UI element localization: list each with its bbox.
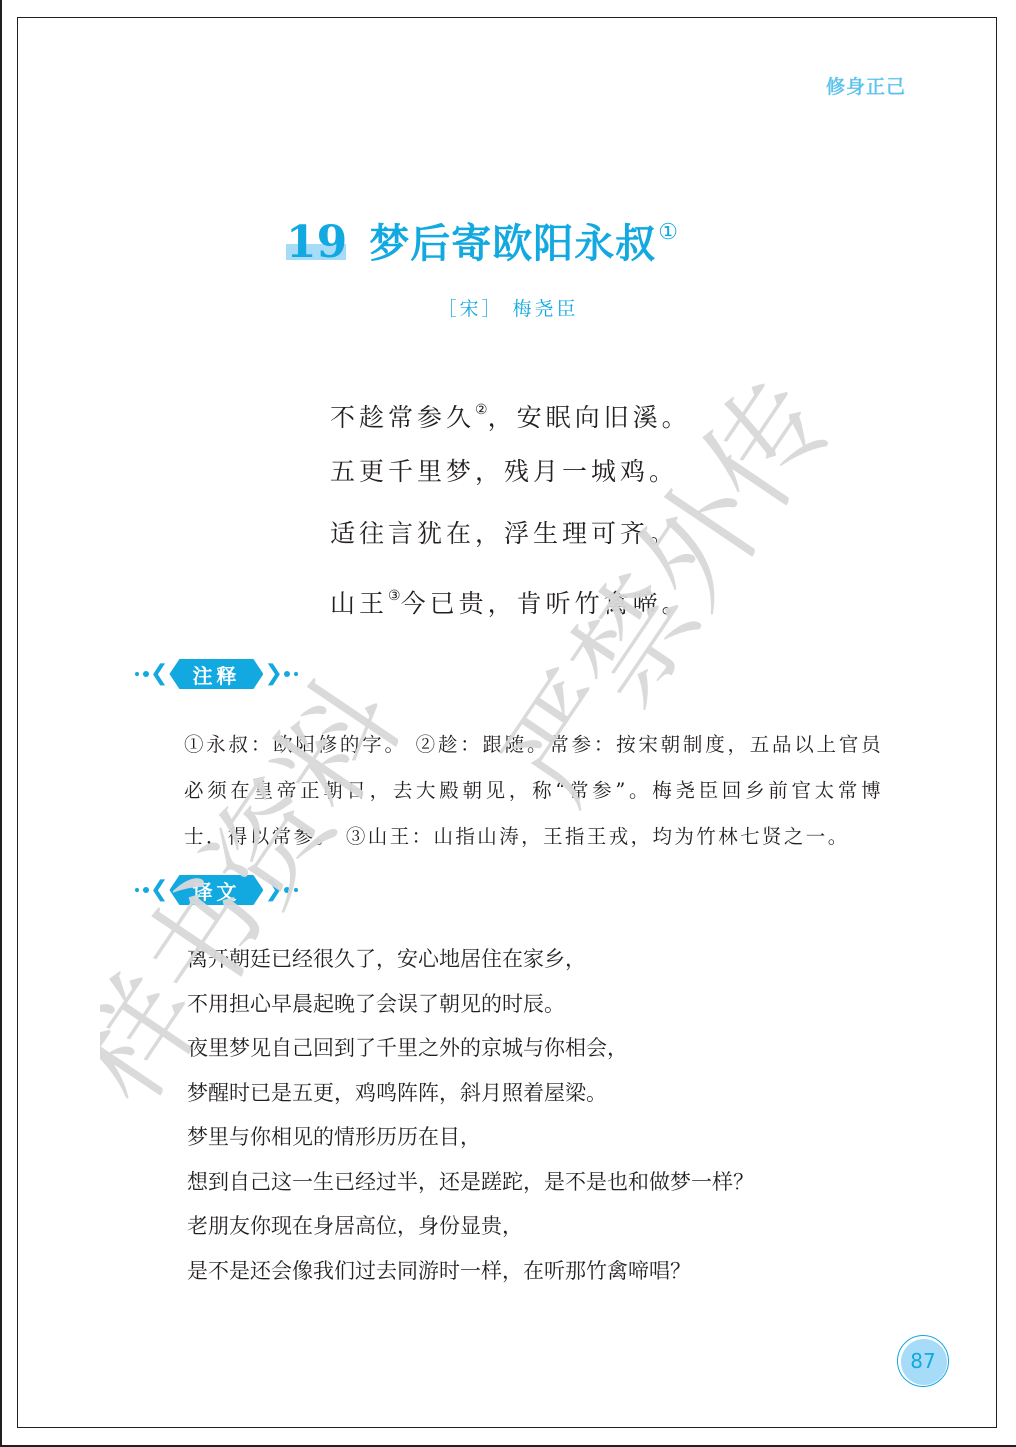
author-line: ［宋］ 梅尧臣	[0, 294, 1016, 321]
translation-line: 老朋友你现在身居高位，身份显贵，	[187, 1204, 754, 1249]
chevron-right-icon: ❯	[264, 663, 282, 685]
translation-label-box: 译文	[169, 875, 263, 905]
translation-line: 离开朝廷已经很久了，安心地居住在家乡，	[187, 937, 754, 982]
notes-text: ①永叔：欧阳修的字。 ②趁：跟随。常参：按宋朝制度，五品以上官员必须在皇帝正朝日…	[138, 722, 883, 860]
notes-paragraph: ①永叔：欧阳修的字。 ②趁：跟随。常参：按宋朝制度，五品以上官员必须在皇帝正朝日…	[138, 722, 883, 860]
outer-frame-left	[0, 0, 2, 1447]
chevron-left-icon: ❮	[150, 663, 168, 685]
translation-line: 不用担心早晨起晚了会误了朝见的时辰。	[187, 982, 754, 1027]
poem-line-text: 山王	[330, 589, 388, 618]
footnote-ref-2[interactable]: ②	[475, 402, 488, 418]
lesson-title-text: 梦后寄欧阳永叔	[369, 220, 656, 267]
section-header-notes: ❮ 注释 ❯	[135, 657, 298, 691]
notes-label: 注释	[192, 660, 240, 689]
lesson-number-block: 19	[286, 217, 347, 268]
translation-line: 是不是还会像我们过去同游时一样，在听那竹禽啼唱？	[187, 1249, 754, 1294]
poem-line-text: ，安眠向旧溪。	[488, 403, 691, 432]
translation-line: 夜里梦见自己回到了千里之外的京城与你相会，	[187, 1026, 754, 1071]
dots-right-icon	[284, 671, 298, 677]
poem-line-text: 不趁常参久	[330, 403, 475, 432]
dots-left-icon	[135, 671, 149, 677]
running-head: 修身正己	[826, 72, 906, 99]
notes-label-box: 注释	[169, 659, 263, 689]
section-header-translation: ❮ 译文 ❯	[135, 873, 298, 907]
poem-line-text: 五更千里梦，残月一城鸡。	[330, 457, 678, 486]
footnote-ref-3[interactable]: ③	[388, 588, 401, 604]
page-number-badge: 87	[897, 1335, 949, 1387]
dots-left-icon	[135, 887, 149, 893]
translation-line: 想到自己这一生已经过半，还是蹉跎，是不是也和做梦一样？	[187, 1160, 754, 1205]
dots-right-icon	[284, 887, 298, 893]
poem-line-3: 适往言犹在，浮生理可齐。	[330, 514, 691, 576]
chevron-left-icon: ❮	[150, 879, 168, 901]
translation-text: 离开朝廷已经很久了，安心地居住在家乡， 不用担心早晨起晚了会误了朝见的时辰。 夜…	[187, 937, 754, 1293]
translation-label: 译文	[192, 876, 240, 905]
page-number: 87	[910, 1349, 935, 1373]
poem-line-2: 五更千里梦，残月一城鸡。	[330, 452, 691, 514]
poem-line-text: 适往言犹在，浮生理可齐。	[330, 519, 678, 548]
poem-body: 不趁常参久②，安眠向旧溪。 五更千里梦，残月一城鸡。 适往言犹在，浮生理可齐。 …	[330, 390, 691, 638]
poem-line-text: 今已贵，肯听竹禽啼。	[401, 589, 691, 618]
footnote-ref-1[interactable]: ①	[658, 220, 678, 245]
translation-line: 梦醒时已是五更，鸡鸣阵阵，斜月照着屋梁。	[187, 1071, 754, 1116]
translation-line: 梦里与你相见的情形历历在目，	[187, 1115, 754, 1160]
poem-line-4: 山王③今已贵，肯听竹禽啼。	[330, 576, 691, 638]
poem-line-1: 不趁常参久②，安眠向旧溪。	[330, 390, 691, 452]
chevron-right-icon: ❯	[264, 879, 282, 901]
lesson-title: 19 梦后寄欧阳永叔①	[286, 212, 678, 272]
lesson-number: 19	[286, 217, 347, 268]
